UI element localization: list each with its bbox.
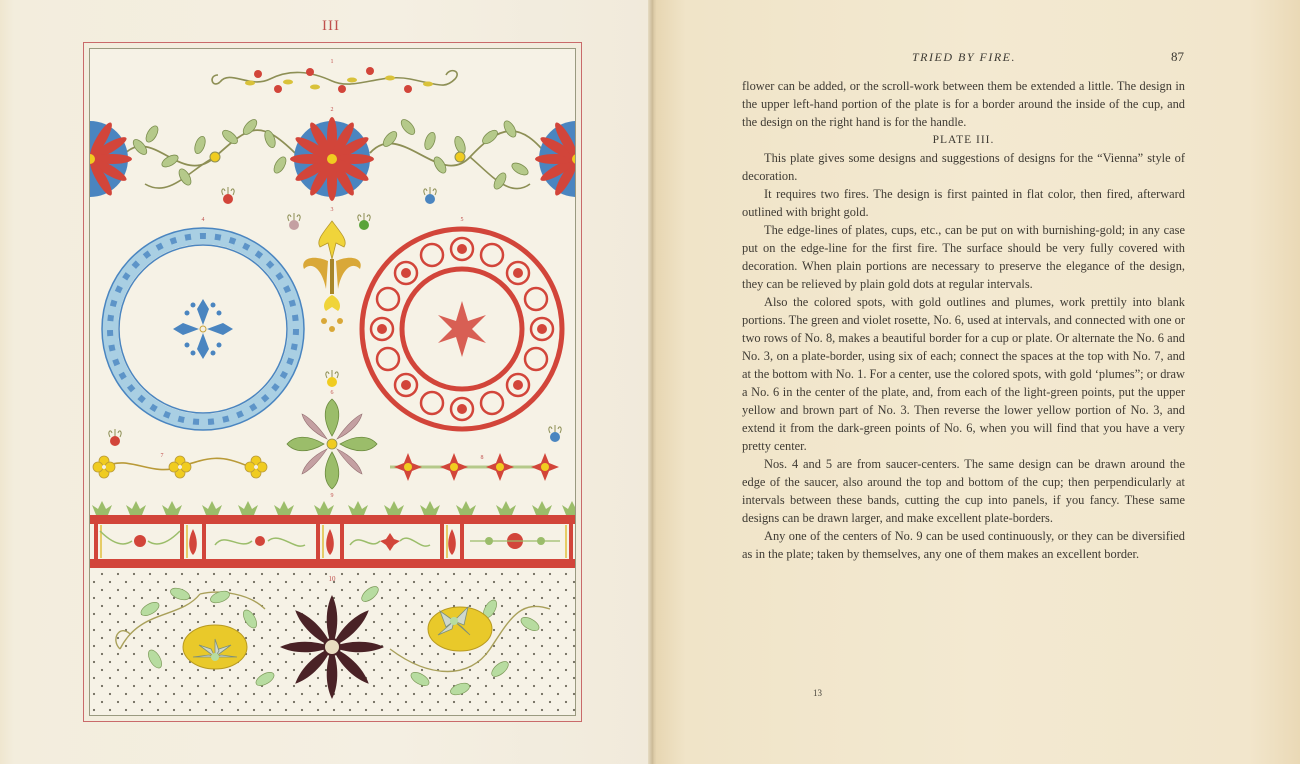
figure-2-garland: 2	[90, 107, 576, 204]
paragraph: Also the colored spots, with gold outlin…	[742, 293, 1185, 455]
svg-text:6: 6	[331, 390, 334, 396]
paragraph: This plate gives some designs and sugges…	[742, 149, 1185, 185]
svg-text:5: 5	[461, 217, 464, 223]
page-number: 87	[1171, 49, 1184, 65]
section-title: PLATE III.	[742, 131, 1185, 149]
running-head: TRIED BY FIRE.	[912, 50, 1016, 65]
paragraph: It requires two fires. The design is fir…	[742, 185, 1185, 221]
svg-text:4: 4	[202, 217, 205, 223]
left-page-plate: III 1	[0, 0, 652, 764]
svg-text:9: 9	[331, 493, 334, 499]
figure-9-band-border: 9	[90, 493, 576, 568]
signature-mark: 13	[813, 688, 822, 698]
plate-frame: 1 2	[83, 42, 582, 722]
svg-text:7: 7	[161, 453, 164, 459]
svg-text:10: 10	[329, 575, 337, 583]
svg-text:2: 2	[331, 107, 334, 113]
svg-text:1: 1	[331, 59, 334, 65]
book-spread: III 1	[0, 0, 1300, 764]
plate-illustration: 1 2	[89, 48, 576, 716]
ornament-illustration: 1 2	[90, 49, 576, 716]
paragraph: Nos. 4 and 5 are from saucer-centers. Th…	[742, 455, 1185, 527]
figure-8-star-chain: 8	[390, 453, 559, 481]
figure-4-blue-ring: 4	[102, 217, 304, 430]
continued-paragraph: flower can be added, or the scroll-work …	[742, 77, 1185, 131]
svg-text:3: 3	[331, 207, 334, 213]
plate-number: III	[300, 18, 362, 35]
figure-10-dotted-panel: 10	[90, 568, 576, 716]
paragraph: The edge-lines of plates, cups, etc., ca…	[742, 221, 1185, 293]
body-text: flower can be added, or the scroll-work …	[742, 77, 1185, 563]
figure-5-red-ring: 5	[362, 217, 562, 429]
svg-text:8: 8	[481, 455, 484, 461]
paragraph: Any one of the centers of No. 9 can be u…	[742, 527, 1185, 563]
figure-7-yellow-border: 7	[93, 453, 267, 478]
figure-1-scroll: 1	[212, 59, 457, 93]
figure-6-rosette: 6	[287, 370, 377, 489]
